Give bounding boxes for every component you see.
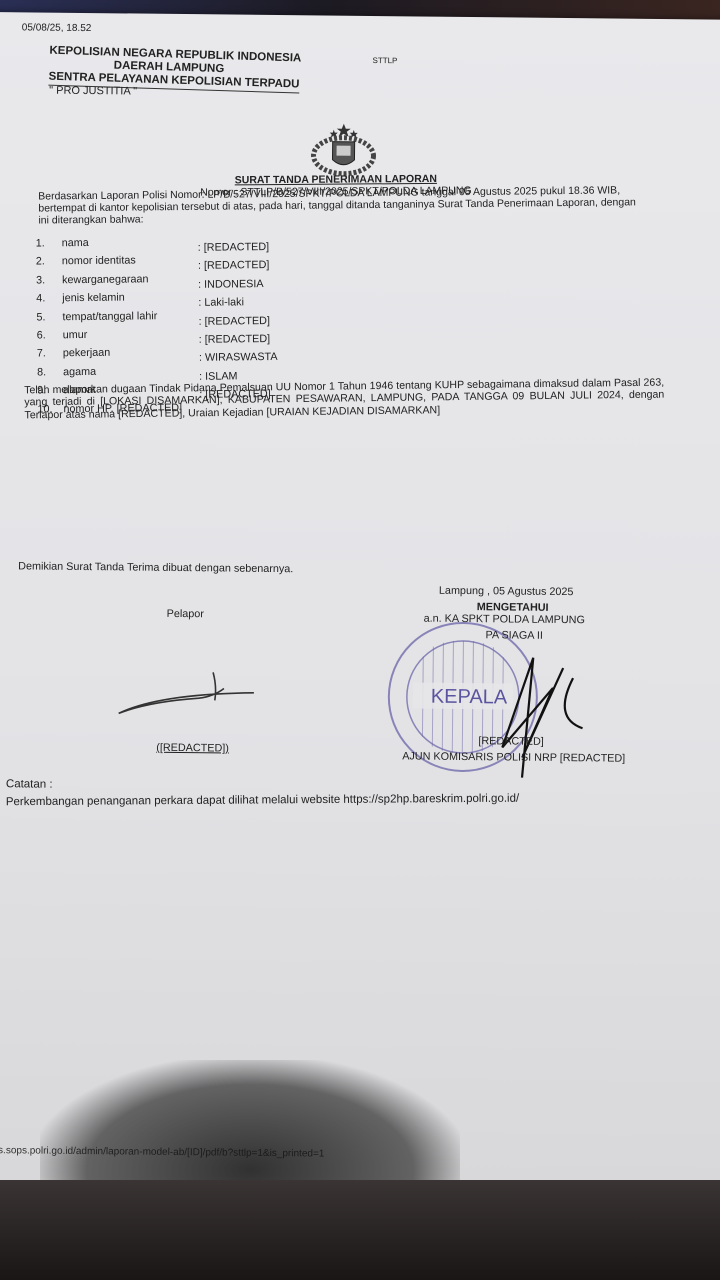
detail-value: : [REDACTED] <box>199 333 271 346</box>
detail-number: 7. <box>37 348 63 367</box>
detail-value: : [REDACTED] <box>198 241 270 254</box>
detail-label: tempat/tanggal lahir <box>62 309 198 329</box>
detail-value: : [REDACTED] <box>198 259 270 272</box>
background-bottom <box>0 1180 720 1280</box>
police-emblem-icon <box>308 121 379 176</box>
detail-number: 8. <box>37 366 63 385</box>
detail-row: 4.jenis kelamin: Laki-laki <box>36 290 277 311</box>
detail-label: nama <box>62 236 198 256</box>
detail-number: 5. <box>36 311 62 330</box>
detail-row: 1.nama: [REDACTED] <box>36 235 277 256</box>
detail-number: 3. <box>36 274 62 293</box>
notes-label: Catatan : <box>6 778 53 790</box>
detail-row: 7.pekerjaan: WIRASWASTA <box>37 345 278 366</box>
detail-value: : [REDACTED] <box>198 315 270 328</box>
detail-row: 6.umur: [REDACTED] <box>37 327 278 348</box>
detail-number: 6. <box>37 329 63 348</box>
reporter-signature-icon <box>111 665 262 727</box>
reporter-label: Pelapor <box>167 608 204 620</box>
detail-row: 2.nomor identitas: [REDACTED] <box>36 253 277 274</box>
closing-statement: Demikian Surat Tanda Terima dibuat denga… <box>18 560 293 575</box>
print-timestamp: 05/08/25, 18.52 <box>22 22 92 34</box>
detail-number: 2. <box>36 256 62 275</box>
detail-value: : WIRASWASTA <box>199 351 278 364</box>
detail-label: jenis kelamin <box>62 291 198 311</box>
report-body: Telah melaporkan dugaan Tindak Pidana Pe… <box>24 377 664 422</box>
document-page: 05/08/25, 18.52 KEPOLISIAN NEGARA REPUBL… <box>0 12 720 1195</box>
officer-rank: AJUN KOMISARIS POLISI NRP [REDACTED] <box>402 750 625 764</box>
form-code: STTLP <box>372 56 397 65</box>
officer-signature-icon <box>462 637 614 789</box>
detail-label: pekerjaan <box>63 346 199 366</box>
on-behalf-label: a.n. KA SPKT POLDA LAMPUNG <box>424 613 585 627</box>
detail-row: 3.kewarganegaraan: INDONESIA <box>36 272 277 293</box>
pro-justitia: " PRO JUSTITIA " <box>49 85 137 98</box>
detail-value: : INDONESIA <box>198 278 264 291</box>
detail-number: 4. <box>36 292 62 311</box>
detail-row: 5.tempat/tanggal lahir: [REDACTED] <box>36 309 277 330</box>
detail-number: 1. <box>36 237 62 256</box>
reporter-name: ([REDACTED]) <box>156 742 229 755</box>
detail-value: : Laki-laki <box>198 297 244 310</box>
acknowledged-label: MENGETAHUI <box>477 601 549 614</box>
intro-paragraph: Berdasarkan Laporan Polisi Nomor: LP/B/5… <box>38 184 648 226</box>
detail-label: kewarganegaraan <box>62 273 198 293</box>
notes-text: Perkembangan penanganan perkara dapat di… <box>6 793 519 809</box>
detail-label: umur <box>63 328 199 348</box>
place-date: Lampung , 05 Agustus 2025 <box>439 585 574 598</box>
detail-label: nomor identitas <box>62 254 198 274</box>
officer-name: [REDACTED] <box>478 735 544 748</box>
